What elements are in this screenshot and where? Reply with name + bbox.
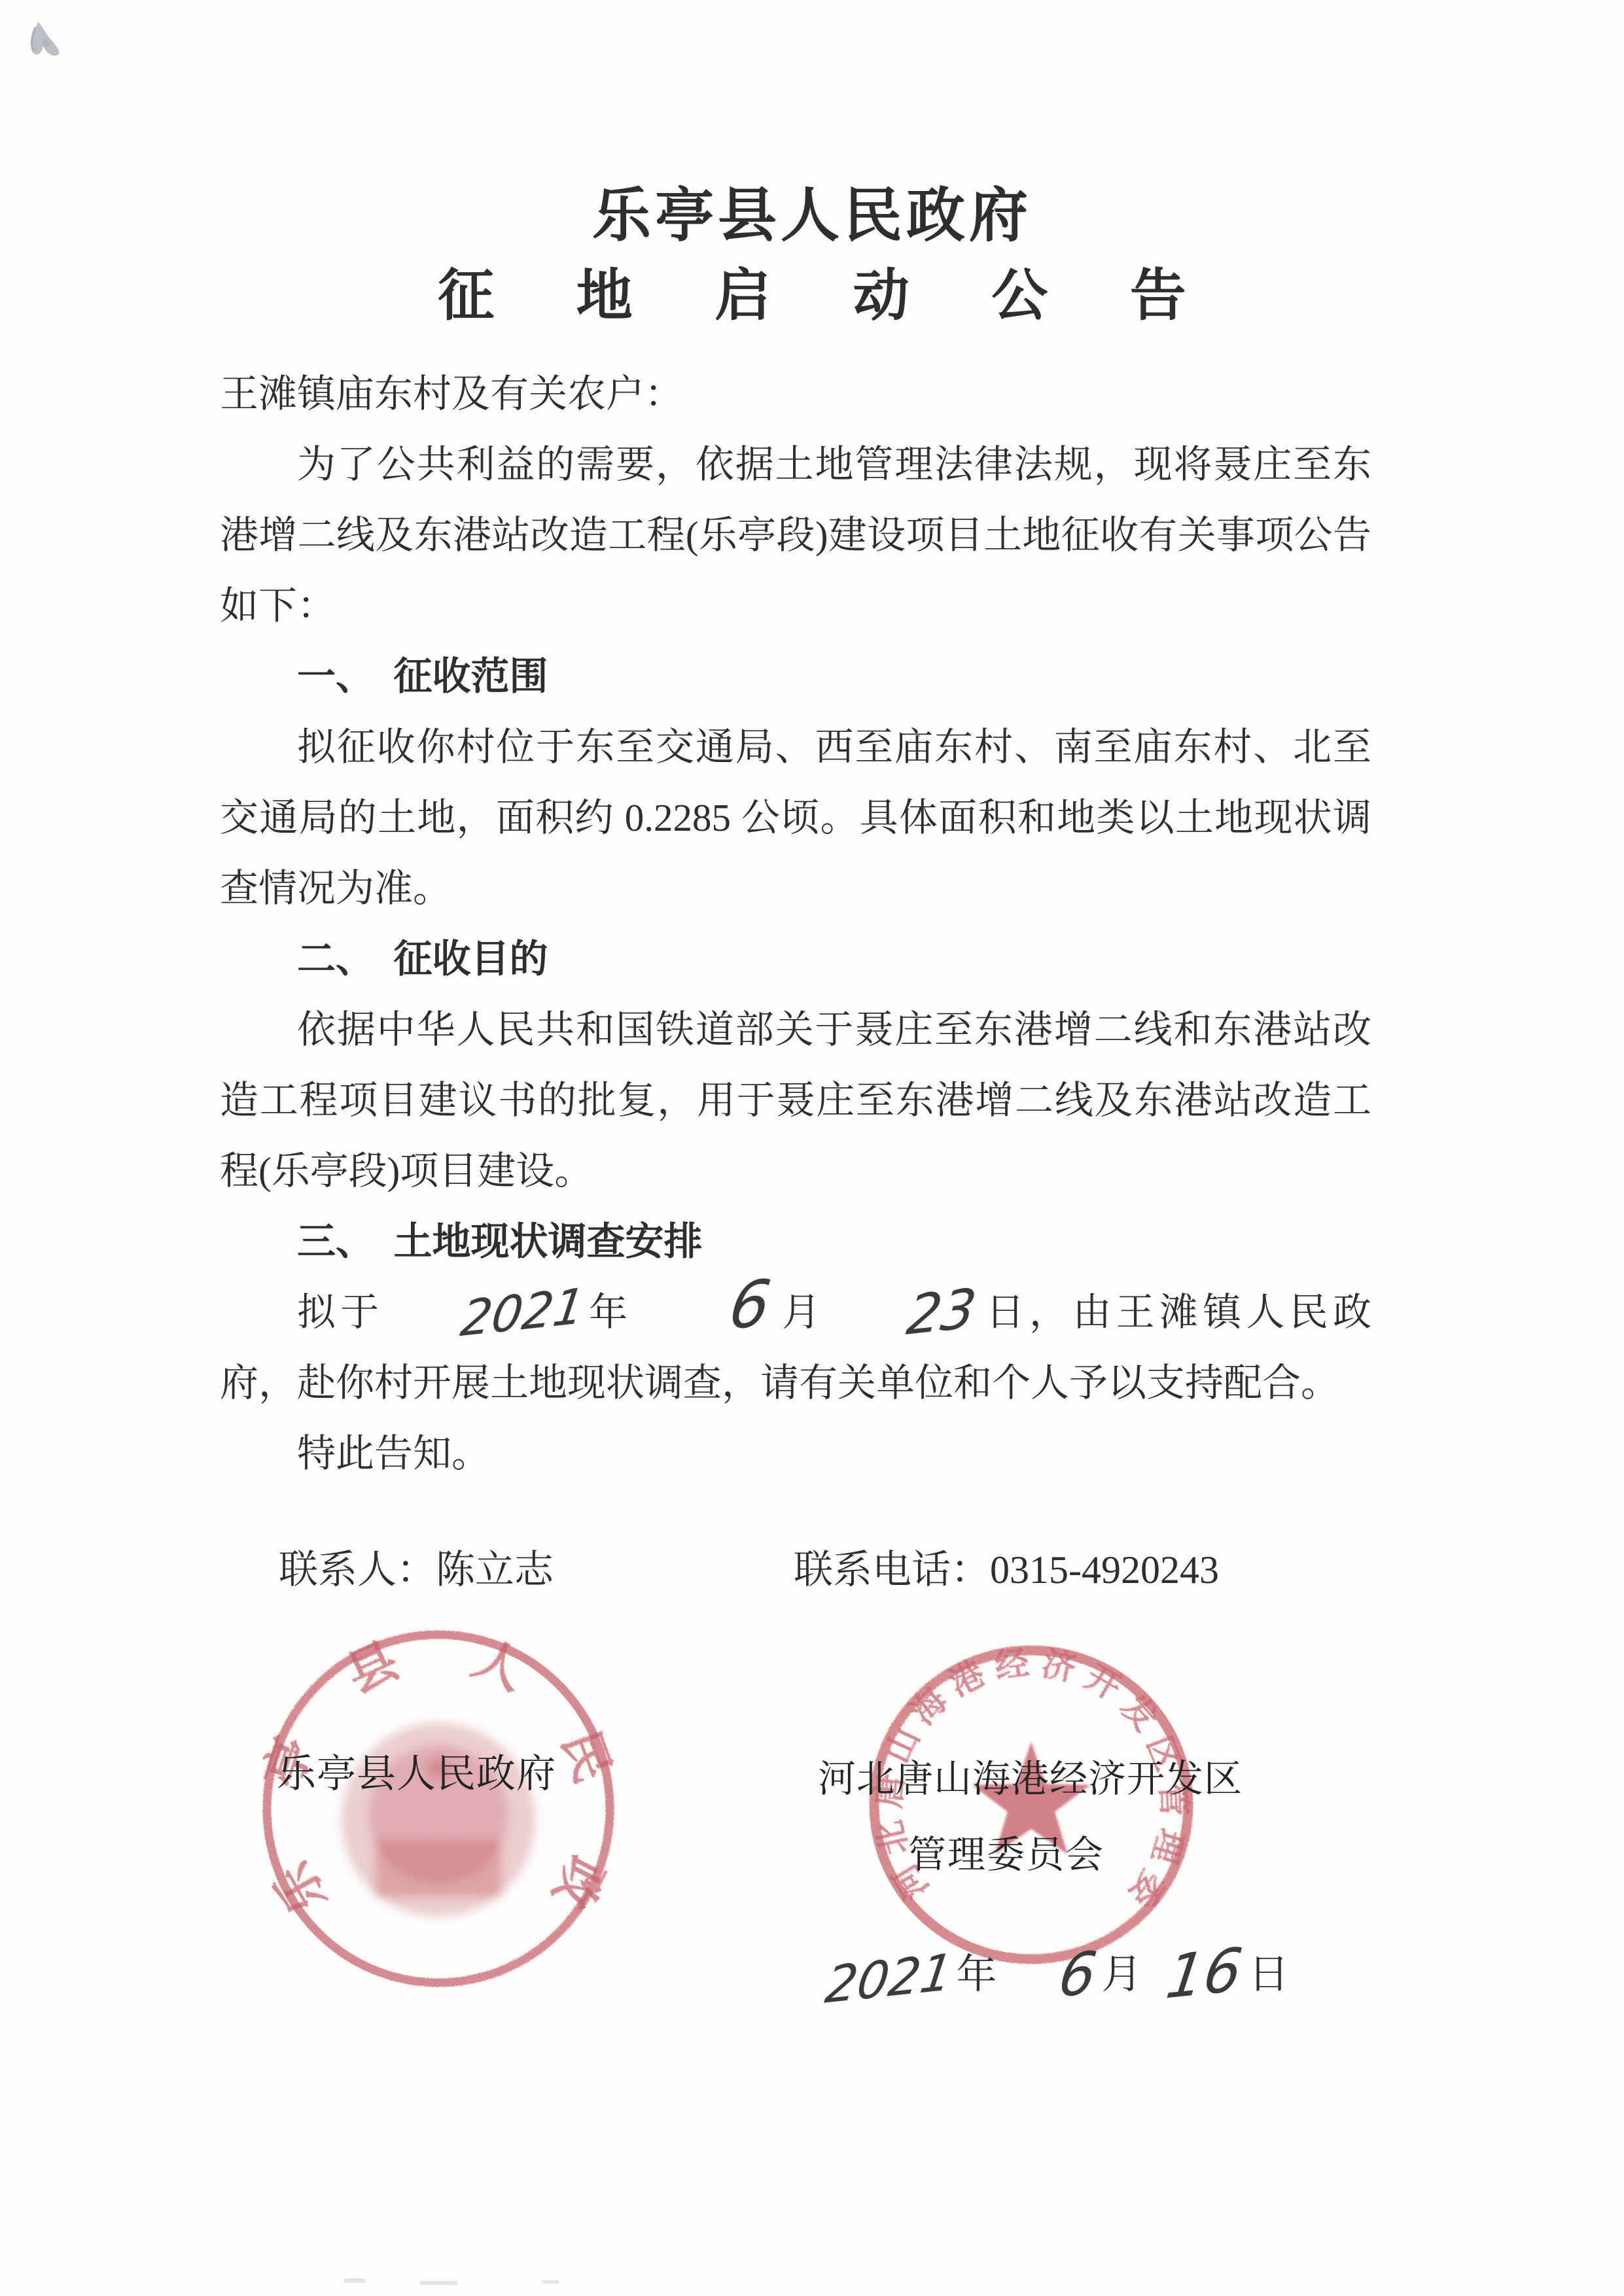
left-seal-authority-name: 乐亭县人民政府: [277, 1743, 556, 1799]
survey-year-label: 年: [584, 1291, 647, 1334]
scanned-notice-page: 乐亭县人民政府 征 地 启 动 公 告 王滩镇庙东村及有关农户： 为了公共利益的…: [0, 0, 1624, 2296]
handwritten-sign-month: 6: [1055, 1943, 1100, 2006]
section1-paragraph: 拟征收你村位于东至交通局、西至庙东村、南至庙东村、北至交通局的土地，面积约 0.…: [220, 712, 1371, 924]
section1-heading: 一、 征收范围: [220, 641, 1371, 712]
salutation: 王滩镇庙东村及有关农户：: [220, 358, 1371, 429]
intro-paragraph: 为了公共利益的需要，依据土地管理法律法规，现将聂庄至东港增二线及东港站改造工程(…: [220, 429, 1371, 641]
contact-phone-label: 联系电话：: [794, 1548, 990, 1592]
handwritten-sign-day: 16: [1163, 1940, 1246, 2008]
sign-month-label: 月: [1101, 1941, 1142, 2004]
left-seal-graphic: 乐亭县人民政府: [256, 1624, 620, 1994]
sign-year-label: 年: [956, 1941, 997, 2004]
scan-speck: [344, 2278, 366, 2283]
right-seal-authority-name-line1: 河北唐山海港经济开发区: [818, 1748, 1243, 1803]
section2-heading: 二、 征收目的: [220, 924, 1371, 994]
document-body: 王滩镇庙东村及有关农户： 为了公共利益的需要，依据土地管理法律法规，现将聂庄至东…: [220, 358, 1371, 1489]
contact-phone-number: 0315-4920243: [990, 1548, 1219, 1592]
document-title-subject: 征 地 启 动 公 告: [0, 250, 1624, 331]
closing-line: 特此告知。: [220, 1418, 1371, 1489]
scan-speck: [420, 2281, 458, 2285]
section3-paragraph: 拟于2021年 6月23日，由王滩镇人民政府，赴你村开展土地现状调查，请有关单位…: [220, 1277, 1371, 1418]
contact-person-name: 陈立志: [436, 1548, 554, 1592]
signature-date: 2021 年 6 月 16 日: [826, 1941, 1289, 2004]
handwritten-survey-day: 23: [827, 1282, 980, 1352]
right-seal-graphic: 河北唐山海港经济开发区管理委员会: [865, 1641, 1197, 1969]
section2-paragraph: 依据中华人民共和国铁道部关于聂庄至东港增二线和东港站改造工程项目建议书的批复，用…: [220, 994, 1371, 1206]
handwritten-sign-year: 2021: [822, 1947, 955, 2011]
contact-row: 联系人：陈立志 联系电话：0315-4920243: [220, 1539, 1463, 1595]
survey-month-label: 月: [777, 1291, 826, 1334]
scan-speck: [542, 2280, 559, 2284]
right-committee-seal: 河北唐山海港经济开发区管理委员会: [865, 1641, 1197, 1969]
document-title-authority: 乐亭县人民政府: [0, 167, 1624, 252]
scan-smudge-mark: [20, 14, 79, 77]
left-government-seal: 乐亭县人民政府: [256, 1624, 620, 1994]
section3-heading: 三、 土地现状调查安排: [220, 1206, 1371, 1277]
survey-date-prefix: 拟于: [297, 1291, 384, 1334]
handwritten-survey-year: 2021: [381, 1281, 587, 1352]
handwritten-survey-month: 6: [649, 1271, 775, 1348]
contact-person-label: 联系人：: [279, 1548, 436, 1592]
survey-day-label: 日，: [981, 1291, 1072, 1334]
right-seal-authority-name-line2: 管理委员会: [908, 1824, 1104, 1879]
sign-day-label: 日: [1248, 1941, 1289, 2004]
